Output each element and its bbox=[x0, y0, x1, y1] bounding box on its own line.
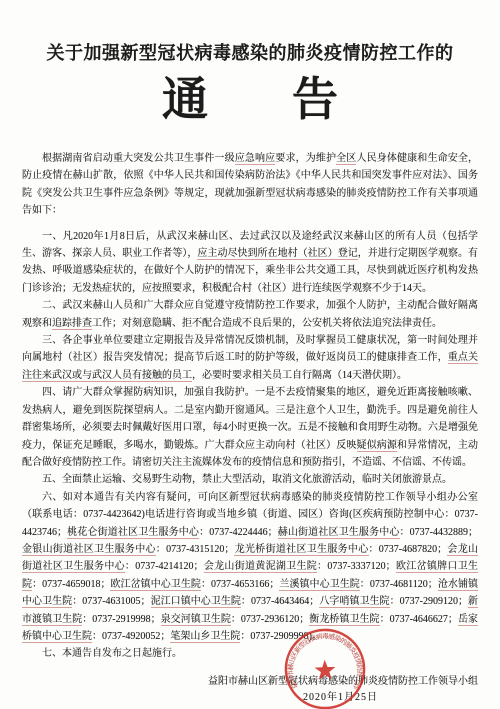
paragraph-s5: 五、全面禁止运输、交易野生动物，禁止大型活动，取消文化旅游活动，临时关闭旅游景点… bbox=[22, 471, 478, 488]
notice-page: 关于加强新型冠状病毒感染的肺炎疫情防控工作的 通 告 根据湖南省启动重大突发公共… bbox=[0, 0, 500, 709]
issue-date: 2020年1月25日 bbox=[303, 690, 378, 706]
paragraph-s3: 三、各企事业单位要建立定期报告及异常情况反馈机制，及时掌握员工健康状况，第一时间… bbox=[22, 332, 478, 384]
big-title-char-1: 通 bbox=[162, 74, 208, 126]
paragraph-s4: 四、请广大群众掌握防病知识，加强自我防护。一是不去疫情聚集的地区，避免近距离接触… bbox=[22, 384, 478, 471]
signature-block: 益阳市赫山区新型冠状病毒感染的肺炎疫情防控工作领导小组 2020年1月25日 bbox=[22, 674, 478, 706]
issuer-name: 益阳市赫山区新型冠状病毒感染的肺炎疫情防控工作领导小组 bbox=[208, 674, 478, 690]
paragraph-s1: 一、凡2020年1月8日后，从武汉来赫山区、去过武汉以及途经武汉来赫山区的所有人… bbox=[22, 228, 478, 298]
paragraph-s7: 七、本通告自发布之日起施行。 bbox=[22, 645, 478, 662]
doc-title-line: 关于加强新型冠状病毒感染的肺炎疫情防控工作的 bbox=[22, 40, 478, 66]
paragraph-s6: 六、如对本通告有关内容有疑问，可向区新型冠状病毒感染的肺炎疫情防控工作领导小组办… bbox=[22, 489, 478, 646]
doc-big-title: 通 告 bbox=[22, 74, 478, 126]
notice-body: 根据湖南省启动重大突发公共卫生事件一级应急响应要求，为维护全区人民身体健康和生命… bbox=[22, 150, 478, 663]
big-title-char-2: 告 bbox=[292, 74, 338, 126]
paragraph-s2: 二、武汉来赫山人员和广大群众应自觉遵守疫情防控工作要求，加强个人防护，主动配合做… bbox=[22, 297, 478, 332]
paragraph-intro: 根据湖南省启动重大突发公共卫生事件一级应急响应要求，为维护全区人民身体健康和生命… bbox=[22, 150, 478, 220]
